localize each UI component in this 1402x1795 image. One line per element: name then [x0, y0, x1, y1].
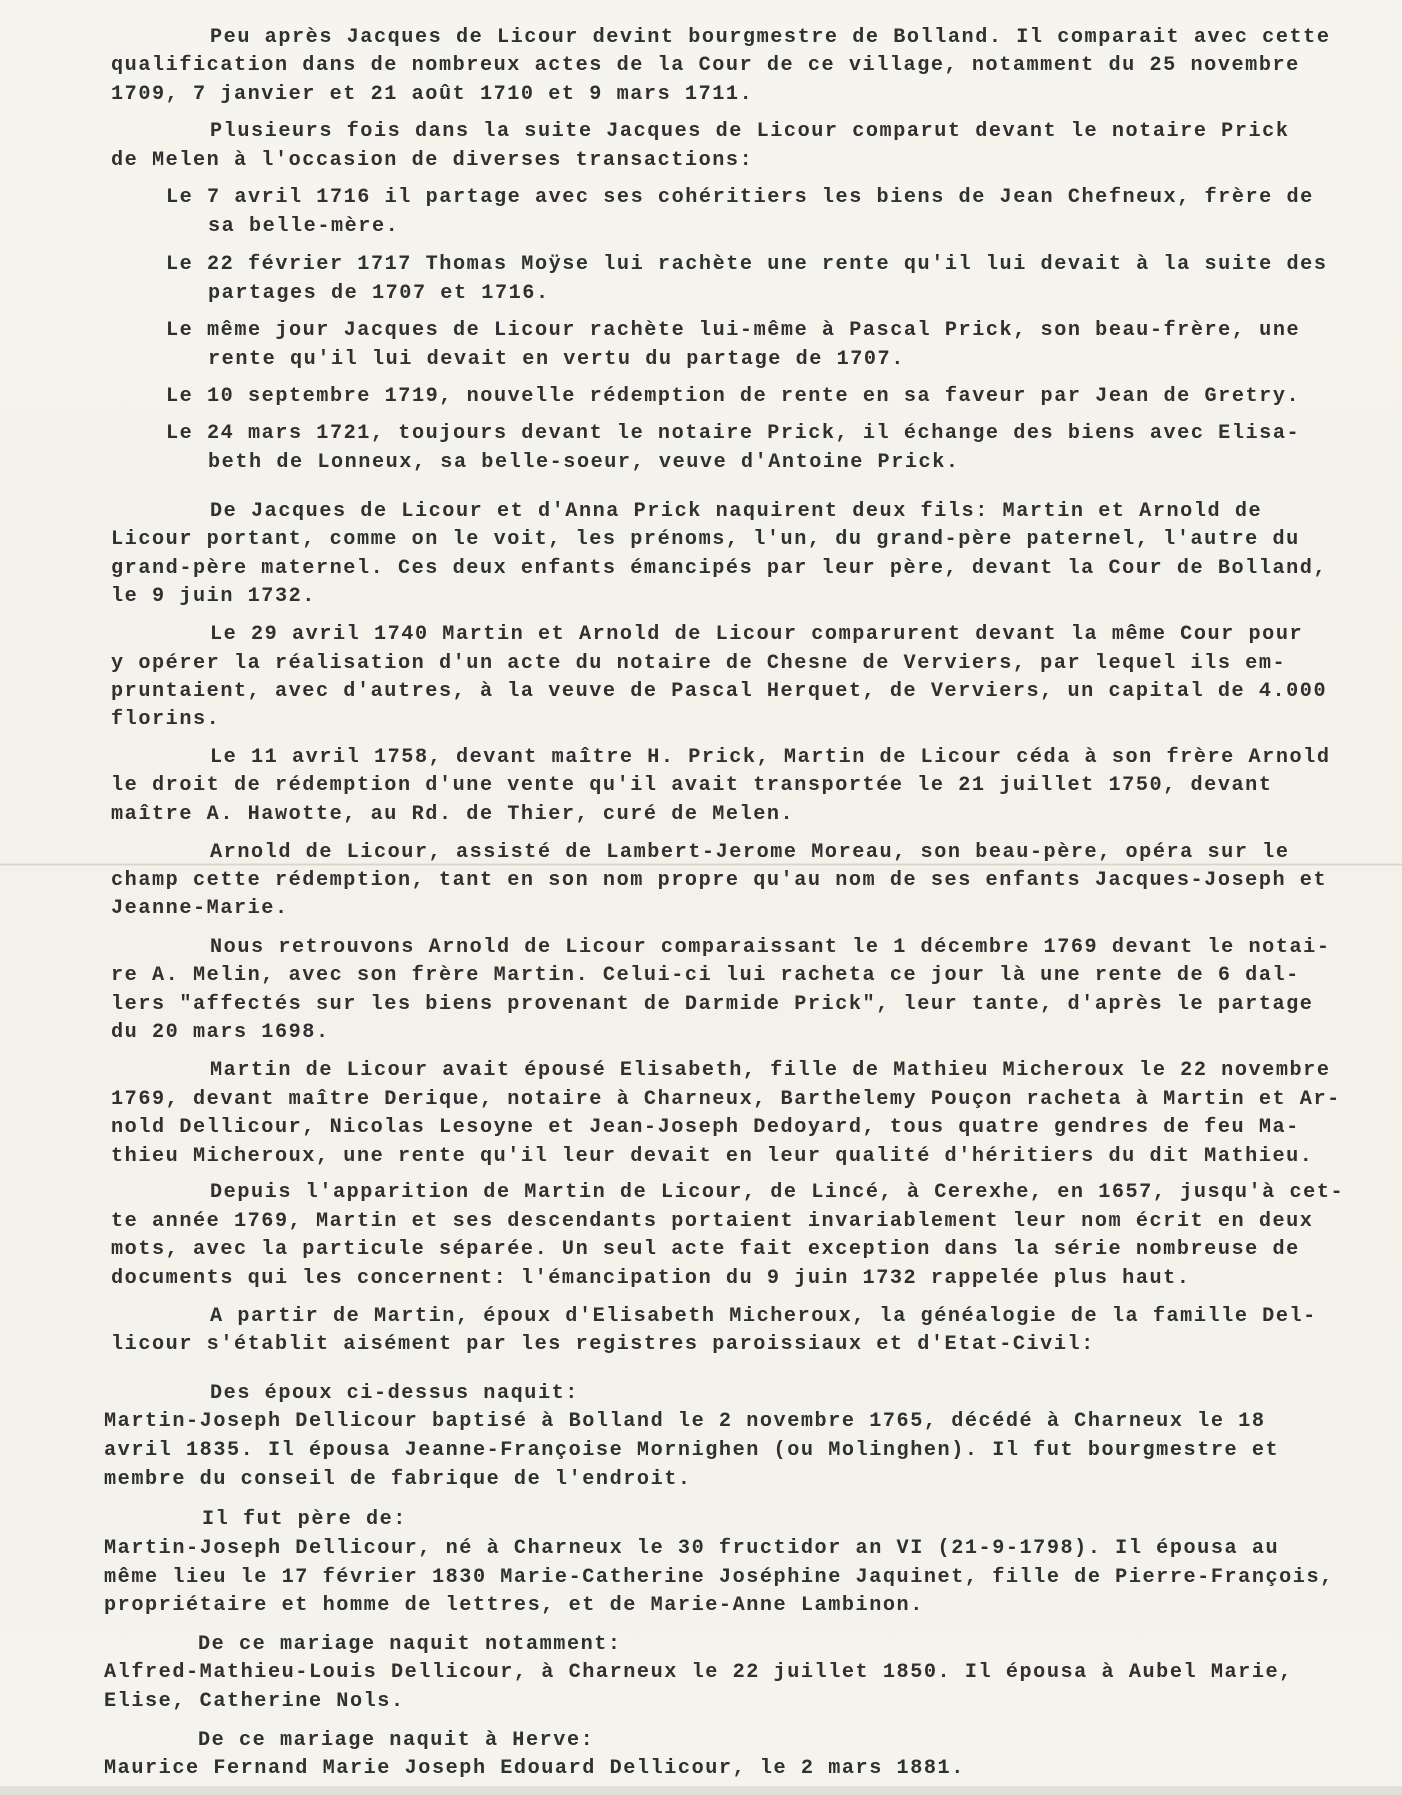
text-line: beth de Lonneux, sa belle-soeur, veuve d… [208, 451, 960, 475]
text-line: maître A. Hawotte, au Rd. de Thier, curé… [111, 803, 794, 827]
text-line: De Jacques de Licour et d'Anna Prick naq… [210, 500, 1262, 524]
text-line: le 9 juin 1732. [111, 585, 316, 609]
text-line: sa belle-mère. [208, 215, 399, 239]
text-line: licour s'établit aisément par les regist… [111, 1333, 1095, 1357]
text-line: 1709, 7 janvier et 21 août 1710 et 9 mar… [111, 83, 753, 107]
text-line: Martin de Licour avait épousé Elisabeth,… [210, 1059, 1331, 1083]
text-line: Martin-Joseph Dellicour baptisé à Bollan… [104, 1410, 1265, 1434]
text-line: avril 1835. Il épousa Jeanne-Françoise M… [104, 1439, 1279, 1463]
text-line: Maurice Fernand Marie Joseph Edouard Del… [104, 1757, 965, 1781]
text-line: florins. [111, 708, 220, 732]
text-line: le droit de rédemption d'une vente qu'il… [111, 774, 1272, 798]
text-line: y opérer la réalisation d'un acte du not… [111, 652, 1286, 676]
text-line: te année 1769, Martin et ses descendants… [111, 1210, 1313, 1234]
text-line: partages de 1707 et 1716. [208, 282, 550, 306]
text-line: thieu Micheroux, une rente qu'il leur de… [111, 1145, 1313, 1169]
text-line: lers "affectés sur les biens provenant d… [111, 993, 1313, 1017]
text-line: Le 29 avril 1740 Martin et Arnold de Lic… [210, 623, 1303, 647]
text-line: A partir de Martin, époux d'Elisabeth Mi… [210, 1305, 1317, 1329]
text-line: Jeanne-Marie. [111, 897, 289, 921]
text-line: grand-père maternel. Ces deux enfants ém… [111, 557, 1327, 581]
text-line: Peu après Jacques de Licour devint bourg… [210, 26, 1331, 50]
text-line: Le 7 avril 1716 il partage avec ses cohé… [166, 186, 1314, 210]
text-line: champ cette rédemption, tant en son nom … [111, 869, 1327, 893]
text-line: membre du conseil de fabrique de l'endro… [104, 1468, 692, 1492]
text-line: Le même jour Jacques de Licour rachète l… [166, 319, 1300, 343]
text-line: Elise, Catherine Nols. [104, 1690, 405, 1714]
text-line: du 20 mars 1698. [111, 1021, 330, 1045]
text-line: rente qu'il lui devait en vertu du parta… [208, 348, 905, 372]
text-line: qualification dans de nombreux actes de … [111, 54, 1300, 78]
text-line: re A. Melin, avec son frère Martin. Celu… [111, 964, 1300, 988]
text-line: documents qui les concernent: l'émancipa… [111, 1267, 1191, 1291]
text-line: Des époux ci-dessus naquit: [210, 1382, 579, 1406]
text-line: Le 11 avril 1758, devant maître H. Prick… [210, 746, 1331, 770]
text-line: Le 24 mars 1721, toujours devant le nota… [166, 422, 1300, 446]
text-line: Arnold de Licour, assisté de Lambert-Jer… [210, 841, 1290, 865]
text-line: De ce mariage naquit à Herve: [198, 1729, 594, 1753]
text-line: même lieu le 17 février 1830 Marie-Cathe… [104, 1566, 1334, 1590]
text-line: de Melen à l'occasion de diverses transa… [111, 149, 753, 173]
text-line: Alfred-Mathieu-Louis Dellicour, à Charne… [104, 1661, 1293, 1685]
page-bottom-edge [0, 1786, 1402, 1795]
text-line: mots, avec la particule séparée. Un seul… [111, 1238, 1300, 1262]
text-line: Plusieurs fois dans la suite Jacques de … [210, 120, 1290, 144]
text-line: nold Dellicour, Nicolas Lesoyne et Jean-… [111, 1116, 1300, 1140]
text-line: Le 22 février 1717 Thomas Moÿse lui rach… [166, 253, 1327, 277]
text-line: propriétaire et homme de lettres, et de … [104, 1594, 924, 1618]
text-line: Depuis l'apparition de Martin de Licour,… [210, 1181, 1344, 1205]
text-line: pruntaient, avec d'autres, à la veuve de… [111, 680, 1327, 704]
text-line: Nous retrouvons Arnold de Licour compara… [210, 936, 1331, 960]
text-line: Le 10 septembre 1719, nouvelle rédemptio… [166, 385, 1300, 409]
text-line: Il fut père de: [202, 1508, 407, 1532]
typed-document-page: Peu après Jacques de Licour devint bourg… [0, 0, 1402, 1795]
text-line: De ce mariage naquit notamment: [198, 1633, 622, 1657]
text-line: Licour portant, comme on le voit, les pr… [111, 528, 1300, 552]
text-line: 1769, devant maître Derique, notaire à C… [111, 1088, 1341, 1112]
text-line: Martin-Joseph Dellicour, né à Charneux l… [104, 1537, 1279, 1561]
